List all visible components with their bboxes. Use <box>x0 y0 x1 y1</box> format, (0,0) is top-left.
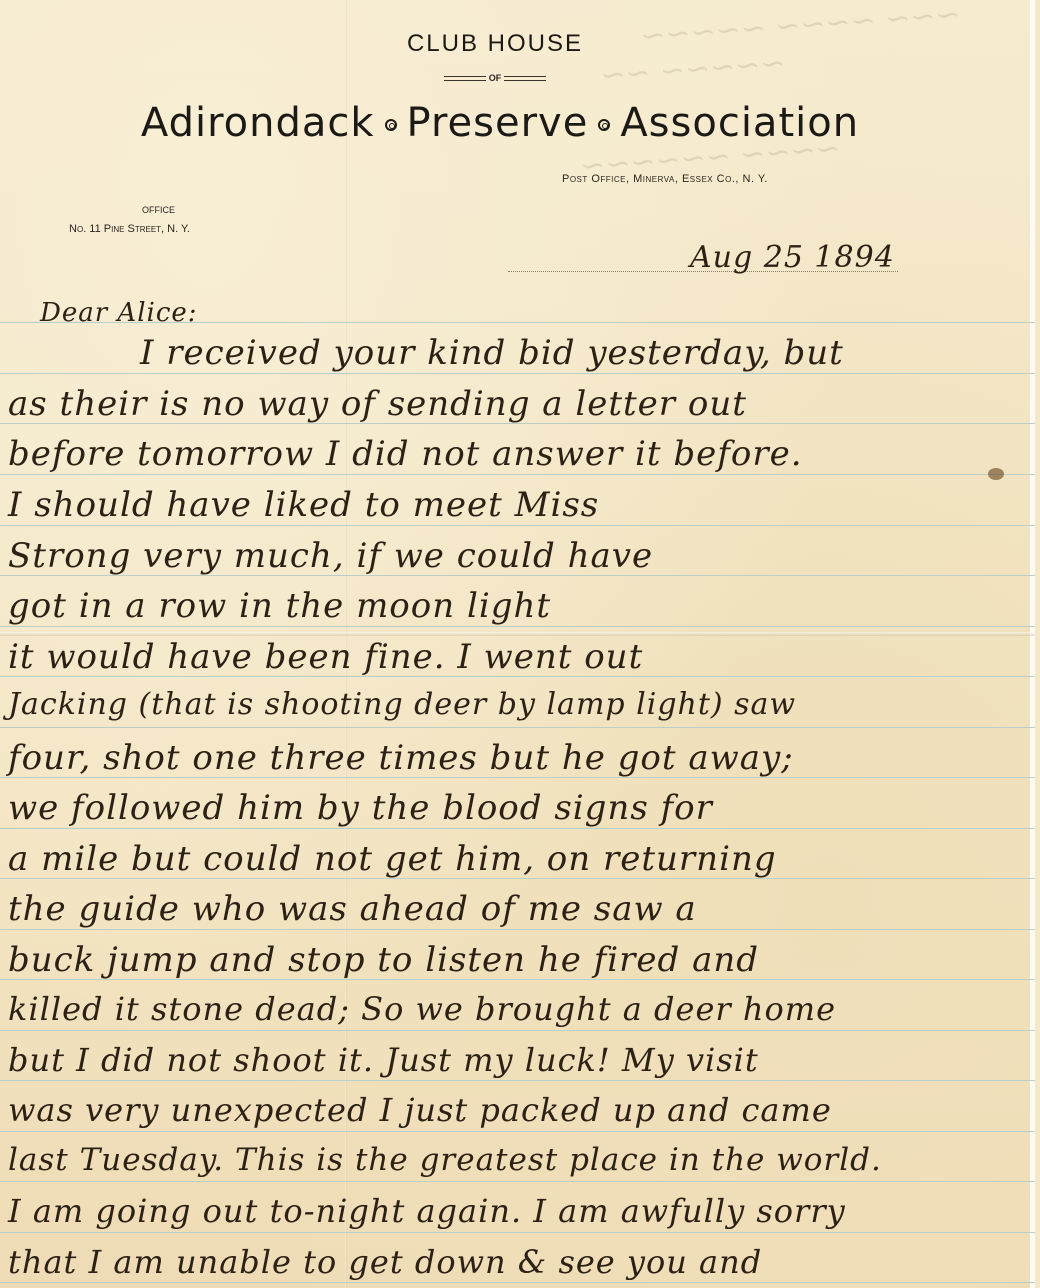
paper-fold-horizontal <box>0 632 1035 636</box>
ruled-line <box>0 1232 1035 1233</box>
handwritten-line: got in a row in the moon light <box>8 586 551 626</box>
letterhead-word: Preserve <box>407 100 589 146</box>
handwritten-line: I am going out to-night again. I am awfu… <box>8 1192 846 1230</box>
ruled-line <box>0 1080 1035 1081</box>
handwritten-line: Jacking (that is shooting deer by lamp l… <box>8 687 796 722</box>
handwritten-line: four, shot one three times but he got aw… <box>8 738 794 778</box>
ruled-line <box>0 525 1035 526</box>
letterhead-association-name: AdirondackPreserveAssociation <box>0 100 1000 146</box>
handwritten-line: but I did not shoot it. Just my luck! My… <box>8 1041 759 1079</box>
handwritten-line: buck jump and stop to listen he fired an… <box>8 940 759 980</box>
handwritten-line: killed it stone dead; So we brought a de… <box>8 990 836 1028</box>
handwritten-line: as their is no way of sending a letter o… <box>8 384 747 424</box>
ink-blot <box>988 468 1004 480</box>
ruled-line <box>0 1131 1035 1132</box>
letter-page: ~~~ ~~~~ ~~~~~ ~~~~~ ~~ ~~~~ ~~~~~~ CLUB… <box>0 0 1035 1288</box>
ruled-line <box>0 1030 1035 1031</box>
letterhead-word: Association <box>620 100 859 146</box>
letterhead-of-text: OF <box>489 73 502 83</box>
ruled-line <box>0 373 1035 374</box>
ruled-line <box>0 828 1035 829</box>
handwritten-line: I received your kind bid yesterday, but <box>140 333 844 373</box>
handwritten-line: that I am unable to get down & see you a… <box>8 1243 762 1281</box>
handwritten-line: before tomorrow I did not answer it befo… <box>8 434 803 474</box>
handwritten-line: Strong very much, if we could have <box>8 536 653 576</box>
letter-date: Aug 25 1894 <box>690 240 895 275</box>
letterhead-office-address: No. 11 Pine Street, N. Y. <box>69 223 190 235</box>
letterhead-of: OF <box>0 73 990 83</box>
ruled-line <box>0 929 1035 930</box>
ruled-line <box>0 1282 1035 1283</box>
ruled-line <box>0 1181 1035 1182</box>
salutation: Dear Alice: <box>40 298 198 328</box>
spiral-ornament-icon <box>598 119 610 131</box>
handwritten-line: we followed him by the blood signs for <box>8 788 713 828</box>
letterhead-office-label: OFFICE <box>142 205 175 215</box>
spiral-ornament-icon <box>385 119 397 131</box>
double-rule-right <box>504 76 546 81</box>
handwritten-line: it would have been fine. I went out <box>8 637 643 677</box>
letterhead-word: Adirondack <box>141 100 375 146</box>
handwritten-line: I should have liked to meet Miss <box>8 485 599 525</box>
letterhead-post-office: Post Office, Minerva, Essex Co., N. Y. <box>562 173 768 185</box>
ruled-line <box>0 727 1035 728</box>
handwritten-line: the guide who was ahead of me saw a <box>8 889 697 929</box>
scan-edge <box>1030 0 1035 1288</box>
double-rule-left <box>444 76 486 81</box>
handwritten-line: was very unexpected I just packed up and… <box>8 1091 832 1129</box>
handwritten-line: a mile but could not get him, on returni… <box>8 839 777 879</box>
ruled-line <box>0 474 1035 475</box>
ruled-line <box>0 626 1035 627</box>
letterhead-title: CLUB HOUSE <box>0 30 990 58</box>
handwritten-line: last Tuesday. This is the greatest place… <box>8 1142 882 1178</box>
